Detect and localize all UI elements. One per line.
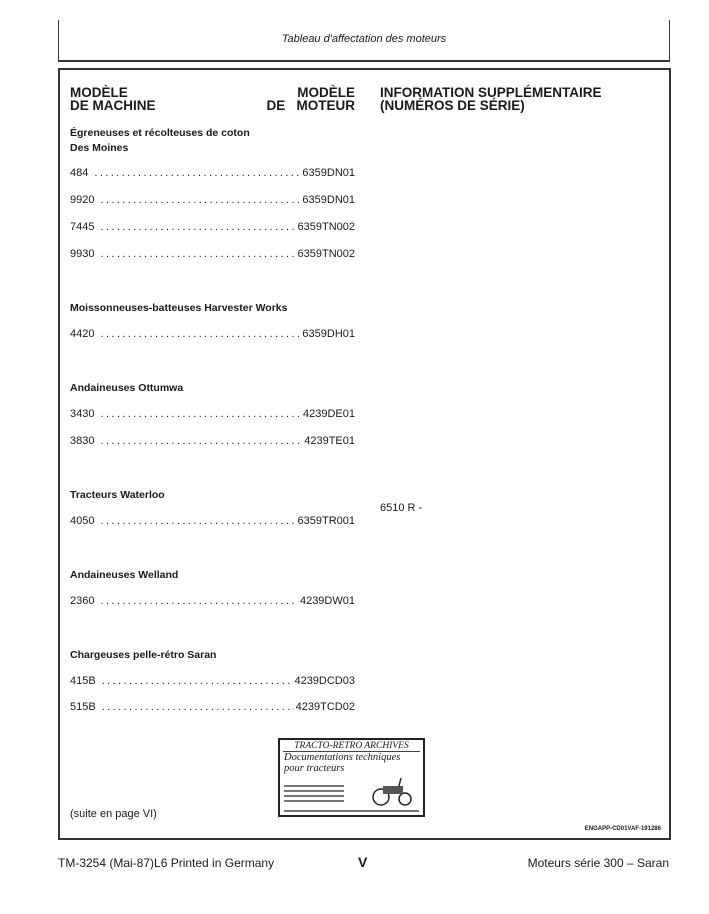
table-row: 415B ...................................… <box>70 675 355 689</box>
engine-model: 6359DN01 <box>302 167 355 181</box>
section-title: Égreneuses et récolteuses de coton Des M… <box>70 126 250 156</box>
section-title: Chargeuses pelle-rétro Saran <box>70 648 216 663</box>
dot-leader: ........................................… <box>100 328 300 342</box>
section-title: Andaineuses Ottumwa <box>70 381 183 396</box>
stamp-fine-print <box>284 782 344 805</box>
table-row: 4050 ...................................… <box>70 515 355 529</box>
archive-stamp: TRACTO-RETRO ARCHIVES Documentations tec… <box>278 738 425 817</box>
engine-model: 4239DE01 <box>303 408 355 422</box>
table-row: 9920 ...................................… <box>70 194 355 208</box>
table-row: 484 ....................................… <box>70 167 355 181</box>
machine-model: 4050 <box>70 515 94 529</box>
engine-model: 4239TE01 <box>304 435 355 449</box>
document-code: ENGAPP-CD01VAF-191286 <box>585 826 661 832</box>
machine-model: 9930 <box>70 248 94 262</box>
machine-model: 3430 <box>70 408 94 422</box>
table-row: 2360 ...................................… <box>70 595 355 609</box>
engine-model: 6359DN01 <box>302 194 355 208</box>
table-row: 3830 ...................................… <box>70 435 355 449</box>
engine-table: MODÈLE DE MACHINE MODÈLE DE MOTEUR INFOR… <box>58 68 671 840</box>
dot-leader: ........................................… <box>100 221 295 235</box>
machine-model: 4420 <box>70 328 94 342</box>
machine-model: 7445 <box>70 221 94 235</box>
column-header-engine-model: MODÈLE DE MOTEUR <box>250 86 355 112</box>
engine-model: 6359TR001 <box>298 515 356 529</box>
engine-model: 4239DCD03 <box>294 675 355 689</box>
machine-model: 484 <box>70 167 88 181</box>
column-header-machine-model: MODÈLE DE MACHINE <box>70 86 156 112</box>
dot-leader: ........................................… <box>102 701 294 715</box>
machine-model: 9920 <box>70 194 94 208</box>
engine-model: 4239TCD02 <box>296 701 355 715</box>
engine-model: 6359DH01 <box>302 328 355 342</box>
machine-model: 515B <box>70 701 96 715</box>
dot-leader: ........................................… <box>100 194 300 208</box>
engine-model: 6359TN002 <box>298 221 356 235</box>
machine-model: 415B <box>70 675 96 689</box>
footer-publication: TM-3254 (Mai-87)L6 Printed in Germany <box>58 856 274 870</box>
additional-info: 6510 R - <box>380 502 422 514</box>
section-title: Moissonneuses-batteuses Harvester Works <box>70 301 287 316</box>
machine-model: 2360 <box>70 595 94 609</box>
engine-model: 4239DW01 <box>300 595 355 609</box>
dot-leader: ........................................… <box>100 435 302 449</box>
dot-leader: ........................................… <box>100 515 295 529</box>
table-row: 4420 ...................................… <box>70 328 355 342</box>
footer-manual-title: Moteurs série 300 – Saran <box>528 856 669 870</box>
page-title: Tableau d'affectation des moteurs <box>59 33 669 45</box>
table-row: 515B ...................................… <box>70 701 355 715</box>
table-row: 9930 ...................................… <box>70 248 355 262</box>
dot-leader: ........................................… <box>102 675 293 689</box>
page-number: V <box>358 854 367 870</box>
dot-leader: ........................................… <box>100 408 301 422</box>
column-header-additional-info: INFORMATION SUPPLÉMENTAIRE (NUMÉROS DE S… <box>380 86 602 112</box>
continued-note: (suite en page VI) <box>70 808 157 820</box>
section-title: Andaineuses Welland <box>70 568 178 583</box>
table-row: 7445 ...................................… <box>70 221 355 235</box>
page-header: Tableau d'affectation des moteurs <box>58 20 670 62</box>
engine-model: 6359TN002 <box>298 248 356 262</box>
table-row: 3430 ...................................… <box>70 408 355 422</box>
tractor-icon <box>369 777 417 807</box>
dot-leader: ........................................… <box>100 595 297 609</box>
dot-leader: ........................................… <box>100 248 295 262</box>
dot-leader: ........................................… <box>94 167 300 181</box>
section-title: Tracteurs Waterloo <box>70 488 165 503</box>
machine-model: 3830 <box>70 435 94 449</box>
